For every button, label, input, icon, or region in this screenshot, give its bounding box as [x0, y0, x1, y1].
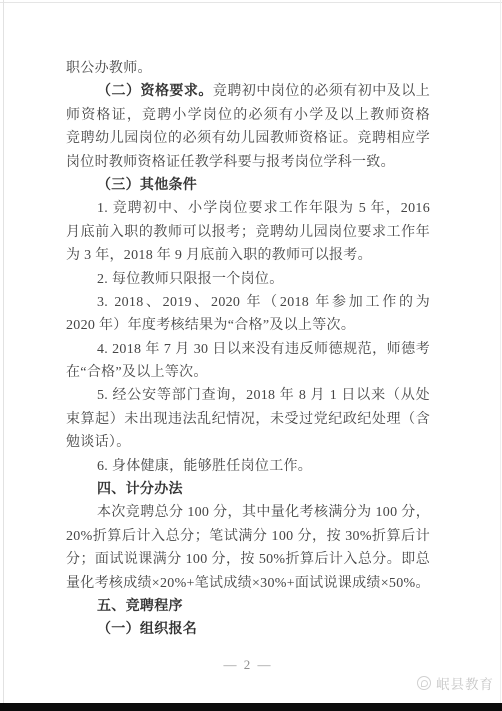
text-line: 竞聘幼儿园岗位的必须有幼儿园教师资格证。竞聘相应学科	[66, 127, 430, 150]
bottom-bar	[0, 703, 502, 711]
text-segment: 竞聘幼儿园岗位的必须有幼儿园教师资格证。竞聘相应学科	[66, 131, 430, 150]
text-segment: 师资格证，竞聘小学岗位的必须有小学及以上教师资格证，	[66, 108, 430, 127]
text-segment: （一）组织报名	[97, 622, 197, 637]
text-line: 1. 竞聘初中、小学岗位要求工作年限为 5 年，2016 年 9	[66, 197, 430, 220]
text-line: 本次竞聘总分 100 分，其中量化考核满分为 100 分，按	[66, 501, 430, 524]
text-line: （一）组织报名	[66, 618, 430, 641]
text-segment: 岗位时教师资格证任教学科要与报考岗位学科一致。	[66, 155, 395, 170]
watermark-logo-icon	[417, 676, 431, 690]
page-edge-left	[3, 0, 4, 703]
text-segment: 2. 每位教师只限报一个岗位。	[97, 272, 284, 287]
text-line: 量化考核成绩×20%+笔试成绩×30%+面试说课成绩×50%。	[66, 572, 430, 595]
text-line: 束算起）未出现违法乱纪情况，未受过党纪政纪处理（含诫	[66, 408, 430, 431]
text-segment: 为 3 年，2018 年 9 月底前入职的教师可以报考。	[66, 248, 372, 263]
text-segment: 月底前入职的教师可以报考；竞聘幼儿园岗位要求工作年限	[66, 225, 430, 244]
text-segment: 本次竞聘总分 100 分，其中量化考核满分为 100 分，按	[97, 505, 430, 524]
text-line: 分；面试说课满分 100 分，按 50%折算后计入总分。即总分=	[66, 548, 430, 571]
text-line: 在“合格”及以上等次。	[66, 361, 430, 384]
text-line: （三）其他条件	[66, 174, 430, 197]
text-segment: 职公办教师。	[66, 61, 152, 76]
text-segment: 20%折算后计入总分；笔试满分 100 分，按 30%折算后计入总	[66, 529, 430, 548]
text-segment: 束算起）未出现违法乱纪情况，未受过党纪政纪处理（含诫	[66, 412, 430, 431]
document-text-block: 职公办教师。（二）资格要求。竞聘初中岗位的必须有初中及以上教师资格证，竞聘小学岗…	[66, 57, 430, 642]
text-segment: （二）资格要求。	[97, 84, 213, 99]
text-line: 20%折算后计入总分；笔试满分 100 分，按 30%折算后计入总	[66, 525, 430, 548]
text-line: 职公办教师。	[66, 57, 430, 80]
text-segment: 勉谈话）。	[66, 435, 131, 450]
text-segment: 1. 竞聘初中、小学岗位要求工作年限为 5 年，2016 年 9	[97, 201, 430, 220]
text-line: 月底前入职的教师可以报考；竞聘幼儿园岗位要求工作年限	[66, 221, 430, 244]
text-segment: 3. 2018、2019、2020 年（2018 年参加工作的为 2019、	[97, 295, 430, 314]
text-line: 3. 2018、2019、2020 年（2018 年参加工作的为 2019、	[66, 291, 430, 314]
text-segment: 五、竞聘程序	[97, 599, 183, 614]
text-line: 4. 2018 年 7 月 30 日以来没有违反师德规范，师德考核	[66, 338, 430, 361]
scanned-document-page: 职公办教师。（二）资格要求。竞聘初中岗位的必须有初中及以上教师资格证，竞聘小学岗…	[0, 0, 502, 711]
text-line: 2020 年）年度考核结果为“合格”及以上等次。	[66, 314, 430, 337]
text-segment: 2020 年）年度考核结果为“合格”及以上等次。	[66, 318, 355, 333]
text-segment: 5. 经公安等部门查询，2018 年 8 月 1 日以来（从处分结	[97, 388, 430, 407]
text-line: 为 3 年，2018 年 9 月底前入职的教师可以报考。	[66, 244, 430, 267]
watermark: 岷县教育	[417, 673, 494, 693]
text-line: 2. 每位教师只限报一个岗位。	[66, 268, 430, 291]
text-segment: （三）其他条件	[97, 178, 197, 193]
page-number: — 2 —	[66, 657, 430, 673]
text-line: 6. 身体健康，能够胜任岗位工作。	[66, 455, 430, 478]
text-segment: 在“合格”及以上等次。	[66, 365, 208, 380]
page-edge-right	[500, 0, 501, 703]
text-segment: 分；面试说课满分 100 分，按 50%折算后计入总分。即总分=	[66, 552, 430, 571]
text-line: 五、竞聘程序	[66, 595, 430, 618]
text-segment: 4. 2018 年 7 月 30 日以来没有违反师德规范，师德考核	[97, 342, 430, 361]
text-line: 勉谈话）。	[66, 431, 430, 454]
text-line: 师资格证，竞聘小学岗位的必须有小学及以上教师资格证，	[66, 104, 430, 127]
text-line: 四、计分办法	[66, 478, 430, 501]
text-segment: 四、计分办法	[97, 482, 183, 497]
text-line: 5. 经公安等部门查询，2018 年 8 月 1 日以来（从处分结	[66, 384, 430, 407]
text-segment: 6. 身体健康，能够胜任岗位工作。	[97, 459, 312, 474]
text-line: （二）资格要求。竞聘初中岗位的必须有初中及以上教	[66, 80, 430, 103]
text-line: 岗位时教师资格证任教学科要与报考岗位学科一致。	[66, 151, 430, 174]
page-edge-top	[0, 2, 502, 3]
text-segment: 量化考核成绩×20%+笔试成绩×30%+面试说课成绩×50%。	[66, 576, 430, 591]
watermark-label: 岷县教育	[436, 673, 494, 693]
